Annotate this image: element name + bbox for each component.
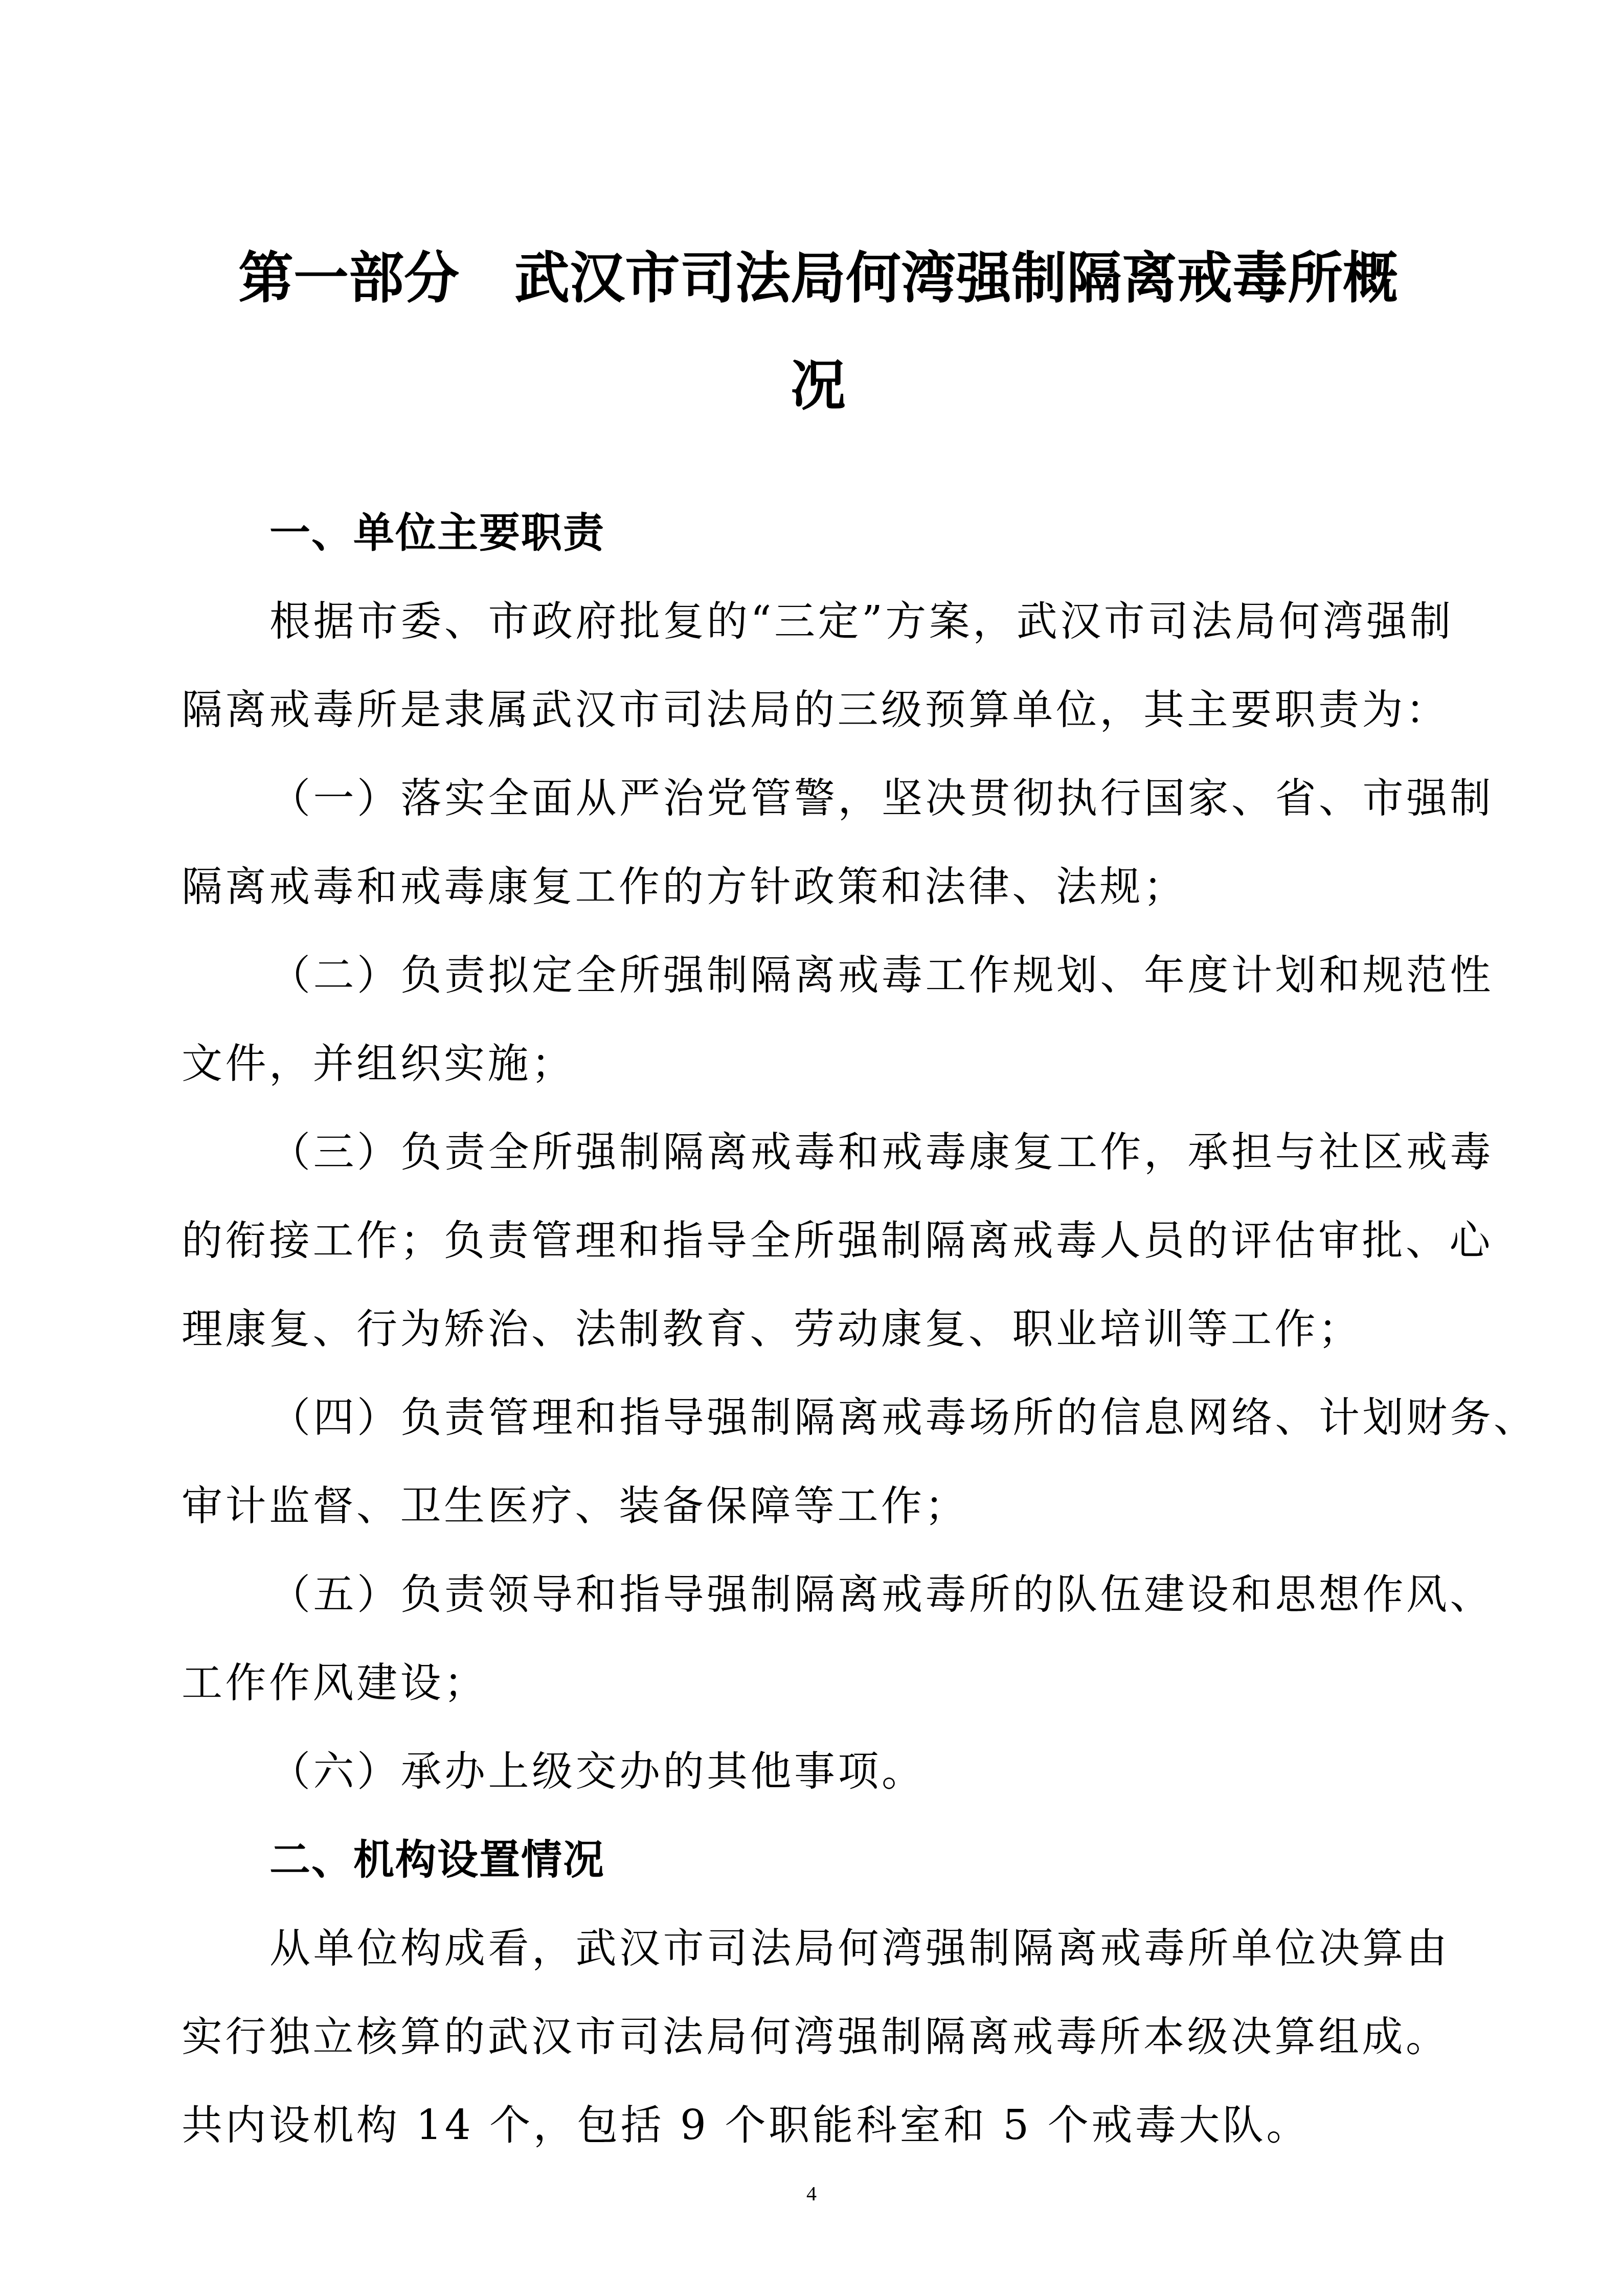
paragraph-line: 隔离戒毒所是隶属武汉市司法局的三级预算单位，其主要职责为： (182, 665, 1450, 754)
page-title-line-1: 第一部分 武汉市司法局何湾强制隔离戒毒所概 (174, 225, 1462, 332)
list-item-6-line: （六）承办上级交办的其他事项。 (182, 1727, 1450, 1815)
document-body: 一、单位主要职责 根据市委、市政府批复的“三定”方案，武汉市司法局何湾强制 隔离… (182, 488, 1450, 2169)
list-item-2-line: （二）负责拟定全所强制隔离戒毒工作规划、年度计划和规范性 (182, 931, 1450, 1019)
page-title: 第一部分 武汉市司法局何湾强制隔离戒毒所概 况 (174, 225, 1462, 440)
list-item-2-line: 文件，并组织实施； (182, 1019, 1450, 1108)
page-title-line-2: 况 (174, 332, 1462, 440)
list-item-3-line: （三）负责全所强制隔离戒毒和戒毒康复工作，承担与社区戒毒 (182, 1108, 1450, 1196)
list-item-1-line: 隔离戒毒和戒毒康复工作的方针政策和法律、法规； (182, 842, 1450, 931)
section-heading-organization: 二、机构设置情况 (182, 1815, 1450, 1904)
paragraph-line: 从单位构成看，武汉市司法局何湾强制隔离戒毒所单位决算由 (182, 1904, 1450, 1992)
list-item-5-line: 工作作风建设； (182, 1638, 1450, 1727)
list-item-3-line: 的衔接工作；负责管理和指导全所强制隔离戒毒人员的评估审批、心 (182, 1196, 1450, 1285)
document-page: 第一部分 武汉市司法局何湾强制隔离戒毒所概 况 一、单位主要职责 根据市委、市政… (0, 0, 1623, 2296)
list-item-1-line: （一）落实全面从严治党管警，坚决贯彻执行国家、省、市强制 (182, 754, 1450, 842)
list-item-4-line: （四）负责管理和指导强制隔离戒毒场所的信息网络、计划财务、 (182, 1373, 1450, 1461)
paragraph-line: 共内设机构 14 个，包括 9 个职能科室和 5 个戒毒大队。 (182, 2081, 1450, 2169)
paragraph-line: 根据市委、市政府批复的“三定”方案，武汉市司法局何湾强制 (182, 577, 1450, 665)
page-number: 4 (0, 2181, 1623, 2207)
section-heading-responsibilities: 一、单位主要职责 (182, 488, 1450, 577)
list-item-5-line: （五）负责领导和指导强制隔离戒毒所的队伍建设和思想作风、 (182, 1550, 1450, 1638)
list-item-4-line: 审计监督、卫生医疗、装备保障等工作； (182, 1461, 1450, 1550)
paragraph-line: 实行独立核算的武汉市司法局何湾强制隔离戒毒所本级决算组成。 (182, 1992, 1450, 2081)
list-item-3-line: 理康复、行为矫治、法制教育、劳动康复、职业培训等工作； (182, 1285, 1450, 1373)
